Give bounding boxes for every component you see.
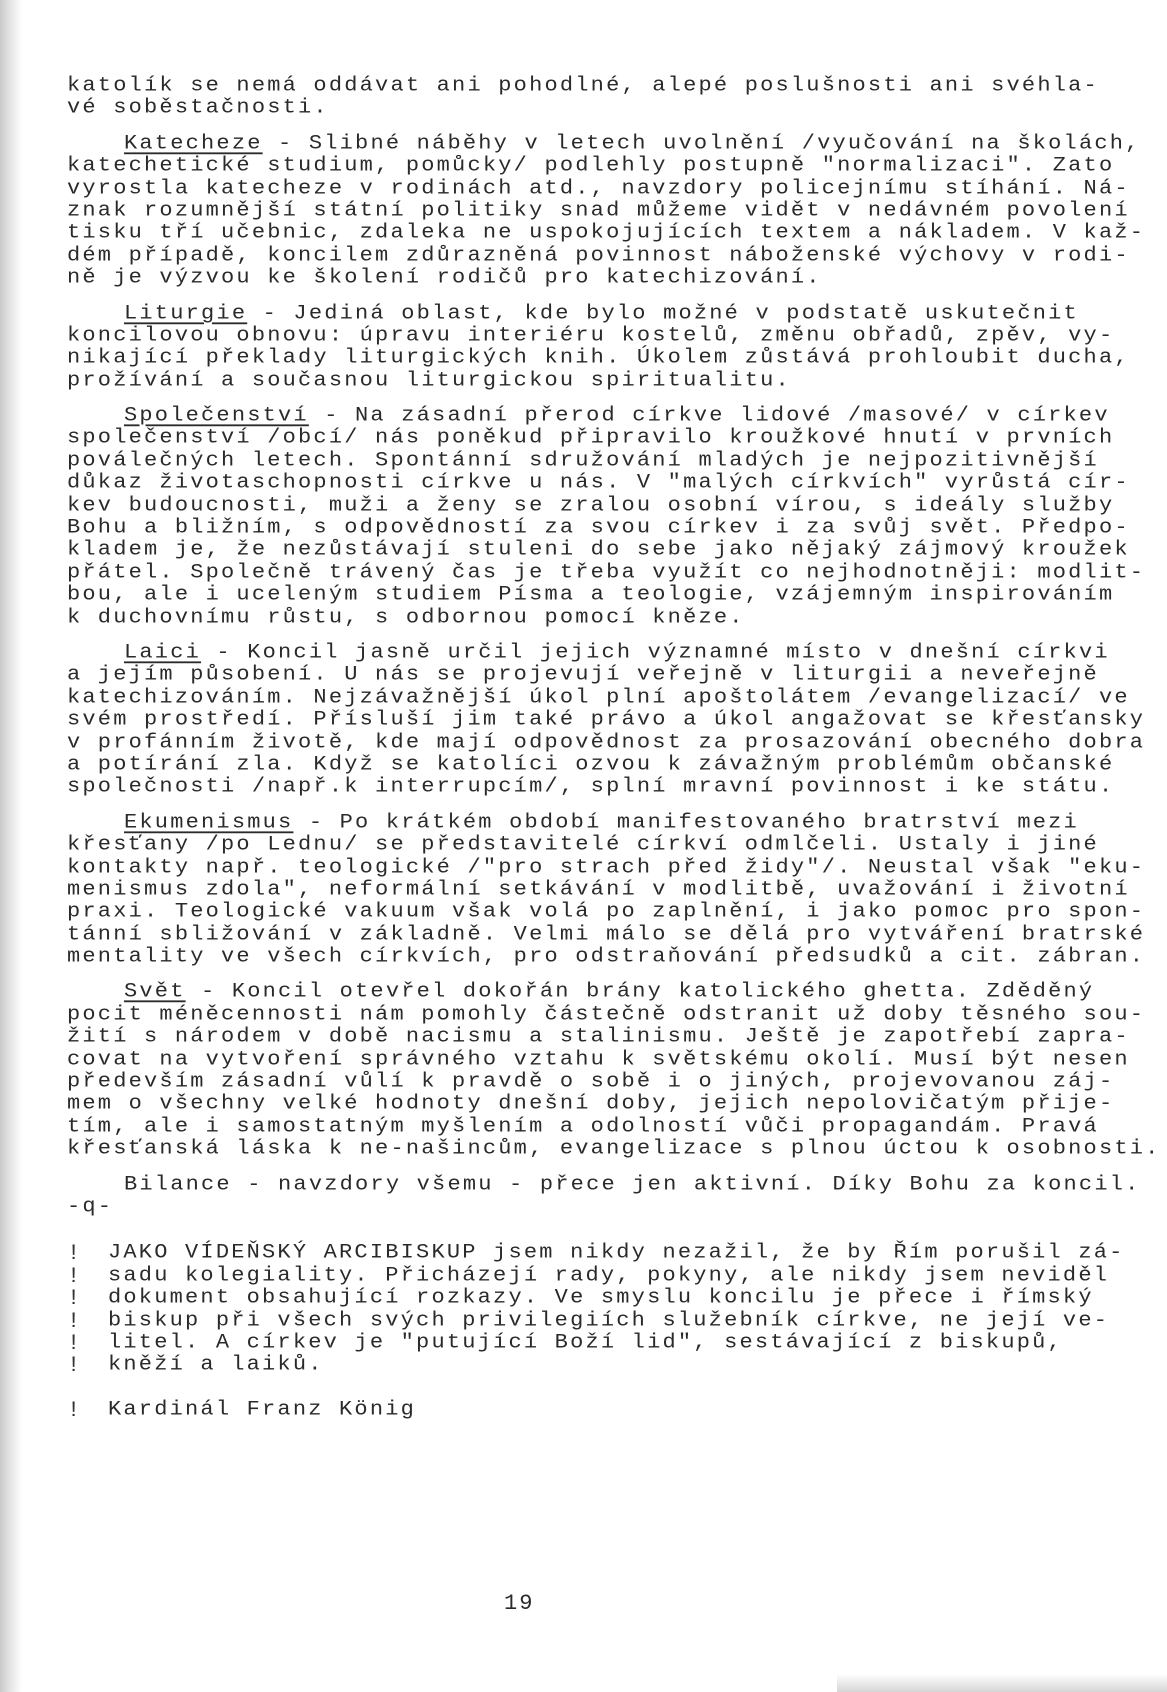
text-line: vyrostla katecheze v rodinách atd., navz…: [67, 179, 1147, 200]
text-line: kontakty např. teologické /"pro strach p…: [67, 858, 1147, 879]
text-line: v profánním životě, kde mají odpovědnost…: [67, 733, 1147, 754]
section-heading: Společenství: [124, 404, 309, 427]
text-fragment: - Koncil otevřel dokořán brány katolické…: [186, 981, 1095, 1004]
text-fragment: - Koncil jasně určil jejich významné mís…: [201, 641, 1110, 664]
section-svet: Svět - Koncil otevřel dokořán brány kato…: [67, 982, 1147, 1161]
section-liturgie: Liturgie - Jediná oblast, kde bylo možné…: [67, 304, 1147, 394]
quote-line: kněží a laiků.: [108, 1355, 324, 1376]
text-line: a potírání zla. Když se katolíci ozvou k…: [67, 755, 1147, 776]
quote-line: dokument obsahující rozkazy. Ve smyslu k…: [108, 1288, 1094, 1309]
text-line: společnosti /např.k interrupcím/, splní …: [67, 777, 1147, 798]
section-heading: Laici: [124, 641, 201, 664]
conclusion-paragraph: Bilance - navzdory všemu - přece jen akt…: [67, 1175, 1147, 1220]
text-line: bou, ale i uceleným studiem Písma a teol…: [67, 585, 1147, 606]
text-line: znak rozumnější státní politiky snad můž…: [67, 201, 1147, 222]
text-line: katolík se nemá oddávat ani pohodlné, al…: [67, 76, 1147, 97]
text-line: dém případě, koncilem zdůrazněná povinno…: [67, 246, 1147, 267]
text-line: praxi. Teologické vakuum však volá po za…: [67, 902, 1147, 923]
text-line: poválečných letech. Spontánní sdružování…: [67, 451, 1147, 472]
text-line: vé soběstačnosti.: [67, 98, 1147, 119]
text-line: covat na vytvoření správného vztahu k sv…: [67, 1050, 1147, 1071]
text-line: koncilovou obnovu: úpravu interiéru kost…: [67, 326, 1147, 347]
exclamation-marker-icon: !: [67, 1355, 108, 1377]
text-line: nikající překlady liturgických knih. Úko…: [67, 348, 1147, 369]
exclamation-marker-icon: !: [67, 1333, 108, 1355]
text-line: mem o všechny velké hodnoty dnešní doby,…: [67, 1094, 1147, 1115]
section-heading: Svět: [124, 981, 186, 1004]
text-line: k duchovnímu růstu, s odbornou pomocí kn…: [67, 608, 1147, 629]
intro-paragraph: katolík se nemá oddávat ani pohodlné, al…: [67, 76, 1147, 121]
exclamation-marker-icon: !: [67, 1400, 108, 1422]
text-line: kladem je, že nezůstávají stuleni do seb…: [67, 540, 1147, 561]
text-line: Bohu a bližním, s odpovědností za svou c…: [67, 518, 1147, 539]
section-heading: Katecheze: [124, 132, 263, 155]
text-line: tisku tří učebnic, zdaleka ne uspokojují…: [67, 223, 1147, 244]
text-line: katechizováním. Nejzávažnější úkol plní …: [67, 688, 1147, 709]
typewritten-page: katolík se nemá oddávat ani pohodlné, al…: [67, 76, 1147, 1422]
text-line: přátel. Společně trávený čas je třeba vy…: [67, 563, 1147, 584]
section-katecheze: Katecheze - Slibné náběhy v letech uvoln…: [67, 134, 1147, 291]
scan-edge-shadow: [0, 0, 22, 1692]
quote-signature: Kardinál Franz König: [108, 1400, 416, 1421]
section-first-line: Liturgie - Jediná oblast, kde bylo možné…: [67, 304, 1147, 325]
text-fragment: - Jediná oblast, kde bylo možné v podsta…: [247, 302, 1079, 325]
text-line: prožívání a současnou liturgickou spirit…: [67, 371, 1147, 392]
text-line: tánní sbližování v základně. Velmi málo …: [67, 925, 1147, 946]
section-first-line: Laici - Koncil jasně určil jejich význam…: [67, 643, 1147, 664]
text-line: tím, ale i samostatným myšlením a odolno…: [67, 1117, 1147, 1138]
section-first-line: Společenství - Na zásadní přerod církve …: [67, 406, 1147, 427]
signature-row: ! Kardinál Franz König: [67, 1400, 1147, 1422]
quote-line: sadu kolegiality. Přicházejí rady, pokyn…: [108, 1266, 1109, 1287]
quote-row: ! dokument obsahující rozkazy. Ve smyslu…: [67, 1288, 1147, 1310]
text-line: křesťanská láska k ne-našincům, evangeli…: [67, 1139, 1147, 1160]
text-line: žití s národem v době nacismu a stalinis…: [67, 1027, 1147, 1048]
text-line: ně je výzvou ke školení rodičů pro katec…: [67, 268, 1147, 289]
section-first-line: Svět - Koncil otevřel dokořán brány kato…: [67, 982, 1147, 1003]
quote-row: ! JAKO VÍDEŇSKÝ ARCIBISKUP jsem nikdy ne…: [67, 1243, 1147, 1265]
text-line: pocit méněcennosti nám pomohly částečně …: [67, 1005, 1147, 1026]
quote-line: JAKO VÍDEŇSKÝ ARCIBISKUP jsem nikdy neza…: [108, 1243, 1125, 1264]
text-line: kev budoucnosti, muži a ženy se zralou o…: [67, 496, 1147, 517]
exclamation-marker-icon: !: [67, 1288, 108, 1310]
exclamation-marker-icon: !: [67, 1266, 108, 1288]
text-fragment: - Slibné náběhy v letech uvolnění /vyučo…: [263, 132, 1141, 155]
conclusion-line: Bilance - navzdory všemu - přece jen akt…: [67, 1175, 1147, 1196]
text-line: křesťany /po Lednu/ se představitelé cír…: [67, 835, 1147, 856]
section-first-line: Ekumenismus - Po krátkém období manifest…: [67, 813, 1147, 834]
text-line: svém prostředí. Přísluší jim také právo …: [67, 710, 1147, 731]
text-line: katechetické studium, pomůcky/ podlehly …: [67, 156, 1147, 177]
text-fragment: - Po krátkém období manifestovaného brat…: [293, 811, 1079, 834]
quote-row: ! litel. A církev je "putující Boží lid"…: [67, 1333, 1147, 1355]
quote-row: ! biskup při všech svých privilegiích sl…: [67, 1311, 1147, 1333]
quote-block: ! JAKO VÍDEŇSKÝ ARCIBISKUP jsem nikdy ne…: [67, 1243, 1147, 1422]
section-laici: Laici - Koncil jasně určil jejich význam…: [67, 643, 1147, 800]
section-heading: Liturgie: [124, 302, 247, 325]
text-line: menismus zdola", neformální setkávání v …: [67, 880, 1147, 901]
text-line: důkaz životaschopnosti církve u nás. V "…: [67, 473, 1147, 494]
exclamation-marker-icon: !: [67, 1311, 108, 1333]
scan-bottom-shadow: [837, 1674, 1167, 1692]
text-fragment: - Na zásadní přerod církve lidové /masov…: [309, 404, 1110, 427]
section-ekumenismus: Ekumenismus - Po krátkém období manifest…: [67, 813, 1147, 970]
quote-line: biskup při všech svých privilegiích služ…: [108, 1311, 1109, 1332]
quote-row: ! kněží a laiků.: [67, 1355, 1147, 1377]
section-heading: Ekumenismus: [124, 811, 293, 834]
exclamation-marker-icon: !: [67, 1243, 108, 1265]
author-mark: -q-: [67, 1197, 1147, 1218]
text-line: především zásadní vůlí k pravdě o sobě i…: [67, 1072, 1147, 1093]
text-line: mentality ve všech církvích, pro odstraň…: [67, 947, 1147, 968]
text-line: společenství /obcí/ nás poněkud připravi…: [67, 428, 1147, 449]
page-number: 19: [504, 1591, 534, 1616]
quote-row: ! sadu kolegiality. Přicházejí rady, pok…: [67, 1266, 1147, 1288]
quote-line: litel. A církev je "putující Boží lid", …: [108, 1333, 1063, 1354]
section-first-line: Katecheze - Slibné náběhy v letech uvoln…: [67, 134, 1147, 155]
text-line: a jejím působení. U nás se projevují veř…: [67, 665, 1147, 686]
section-spolecenstvi: Společenství - Na zásadní přerod církve …: [67, 406, 1147, 630]
